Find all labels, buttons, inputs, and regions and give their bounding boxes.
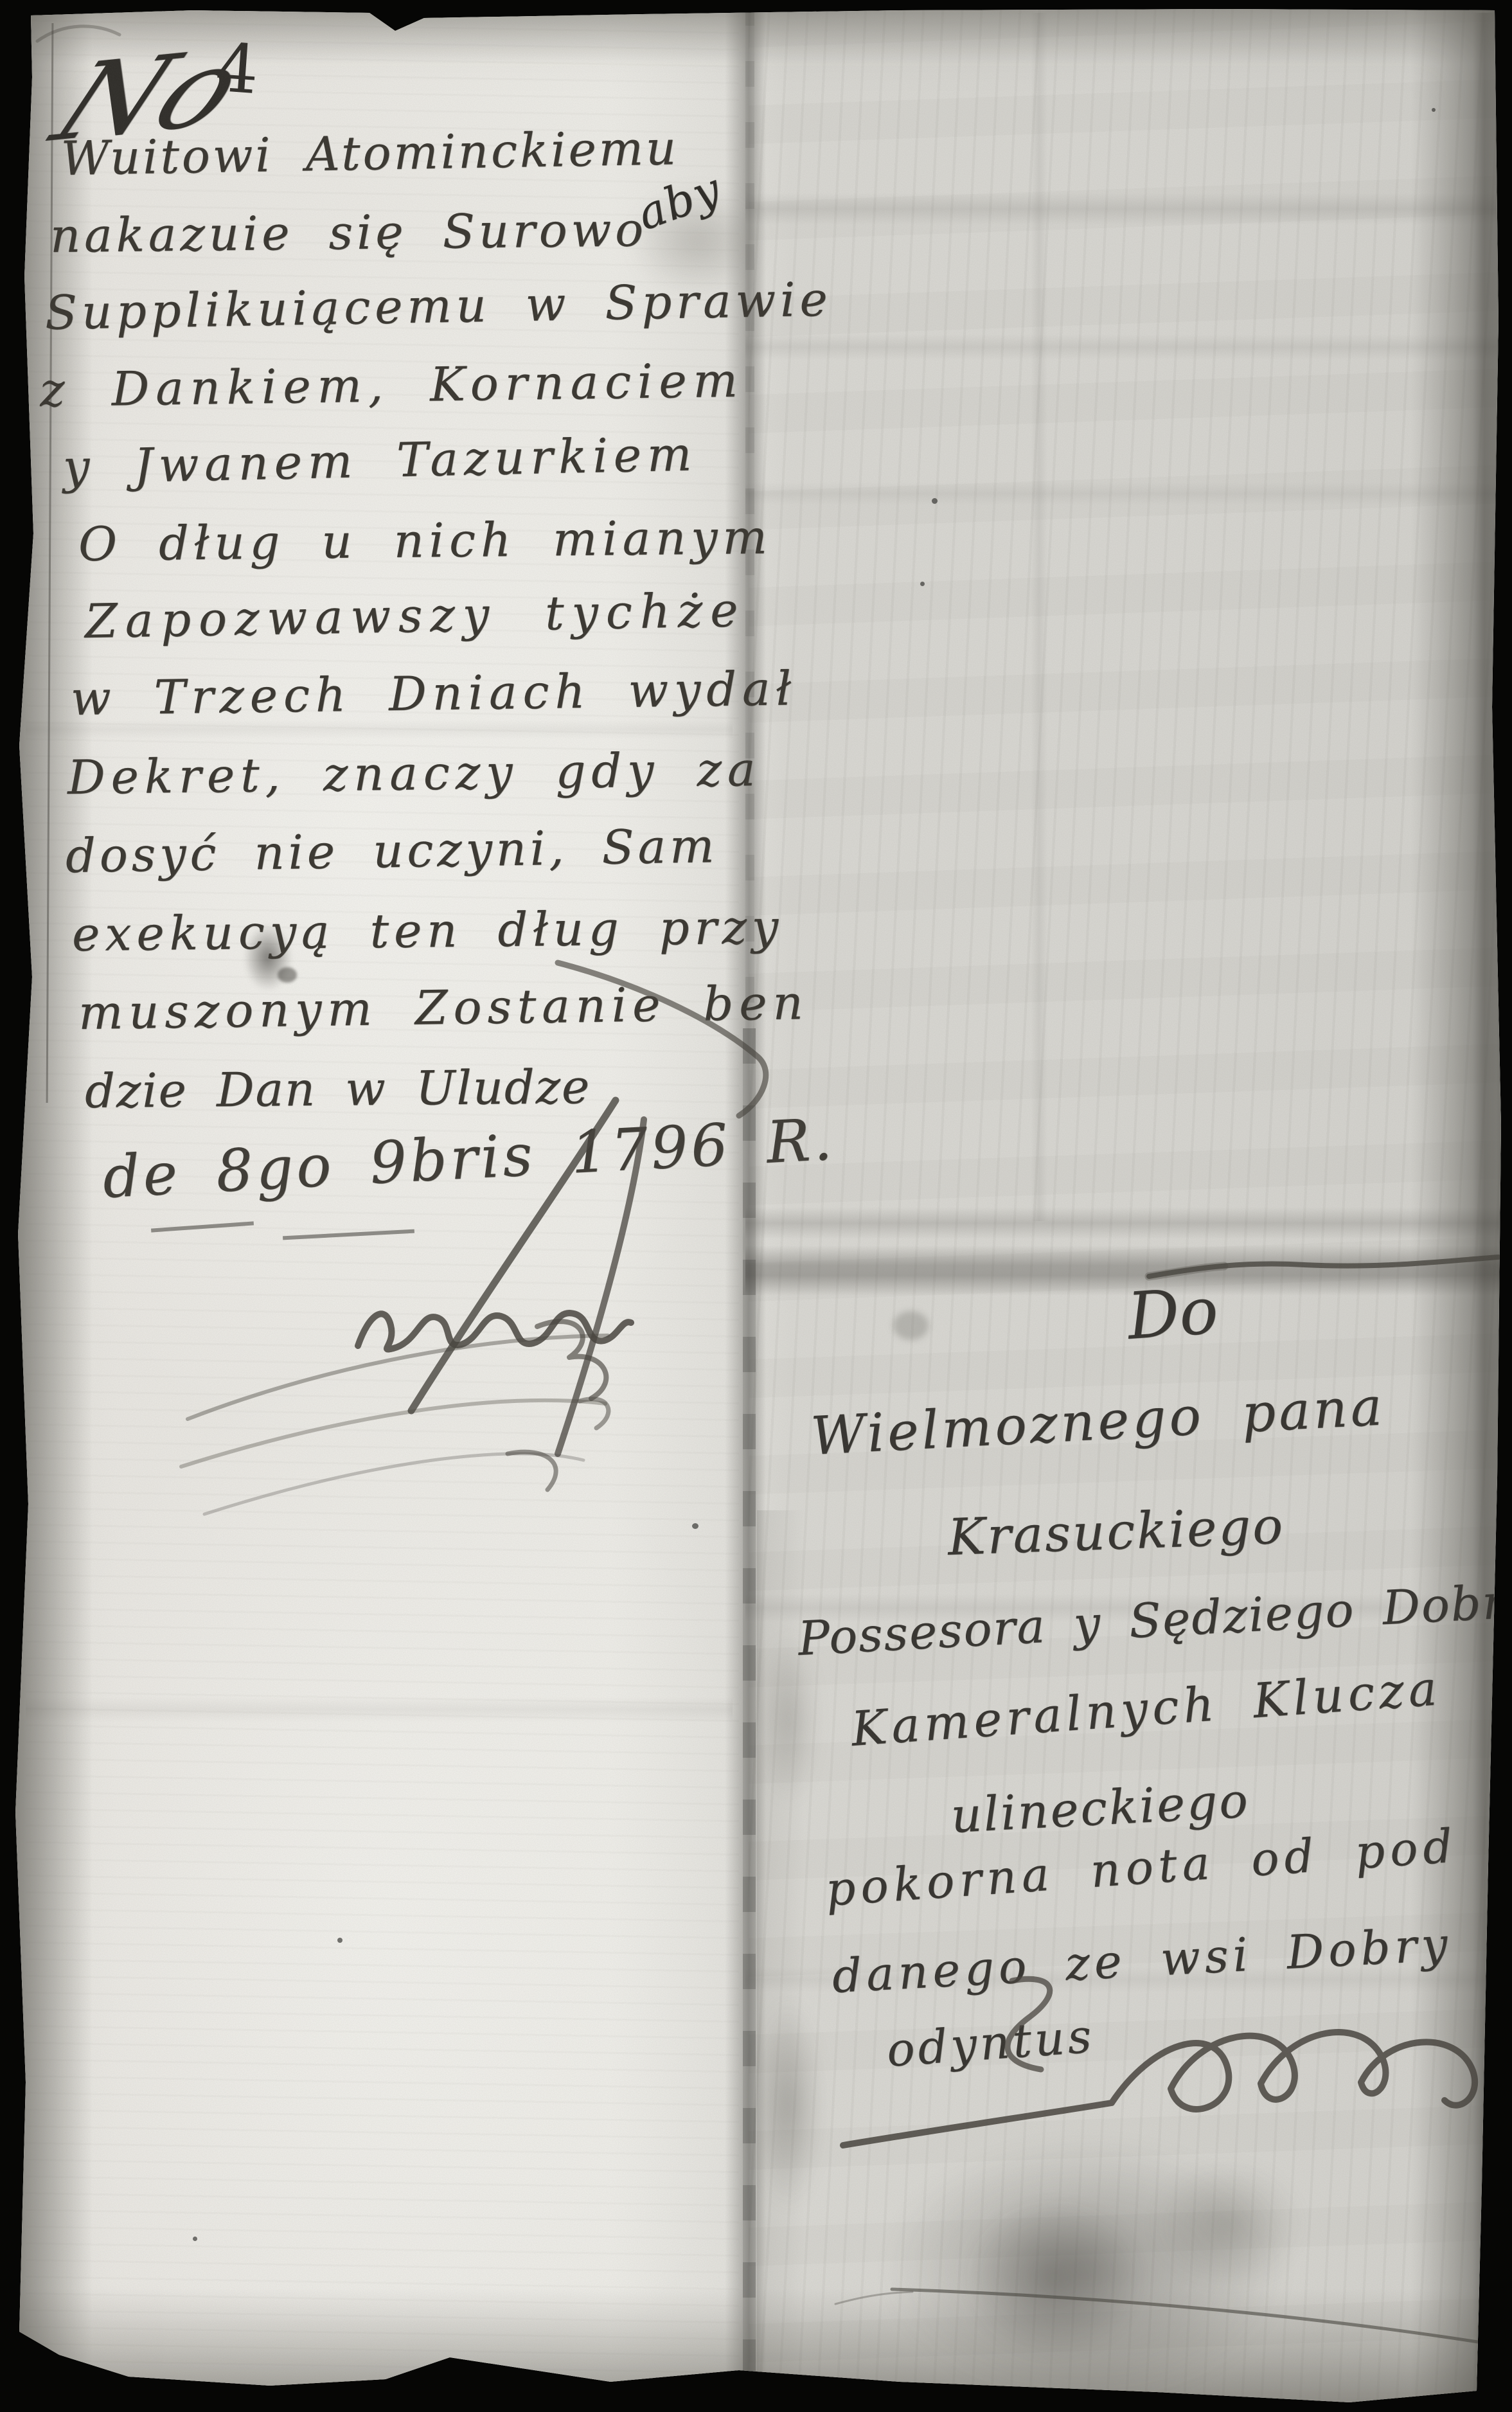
manuscript-line: nakazuie się Surowo <box>50 202 648 264</box>
gutter-shadow-bottom <box>743 1028 756 2412</box>
speck <box>932 498 938 504</box>
edge-shadow <box>0 2288 1512 2412</box>
manuscript-line: muszonym Zostanie ben <box>78 976 809 1041</box>
fold-crease-main <box>745 1246 1502 1296</box>
address-line: Krasuckiego <box>947 1497 1285 1567</box>
manuscript-line: Zapozwawszy tychże <box>84 583 746 649</box>
speck <box>692 1523 698 1529</box>
ink-stain <box>964 2198 1144 2359</box>
smudge <box>753 1999 824 2211</box>
signature-arc <box>188 1336 608 1419</box>
manuscript-line: O dług u nich mianym <box>78 510 772 572</box>
fold-crease <box>745 193 1502 225</box>
signature-curl <box>580 1399 609 1428</box>
ink-blot <box>278 967 297 983</box>
manuscript-line: Wuitowi Atominckiemu <box>60 121 679 186</box>
date-line: de 8go 9bris 1796 R. <box>101 1105 837 1211</box>
speck <box>1432 108 1436 112</box>
fold-crease <box>745 334 1502 360</box>
signature-flourish <box>358 1313 631 1349</box>
address-line: danego ze wsi Dobry <box>831 1917 1454 2003</box>
signature-curl <box>537 1321 606 1398</box>
signature-curl <box>508 1452 556 1490</box>
speck <box>920 582 925 586</box>
address-line: odyntus <box>885 2009 1096 2077</box>
smudge <box>893 1311 929 1340</box>
date-underline <box>151 1221 254 1232</box>
ink-stain <box>1150 2159 1304 2288</box>
manuscript-line: w Trzech Dniach wydał <box>70 661 797 726</box>
fold-crease-left-page <box>26 1697 733 1722</box>
document-scan: No 4 Wuitowi Atominckiemu nakazuie się S… <box>0 0 1512 2412</box>
manuscript-line: dzie Dan w Uludze <box>85 1060 591 1119</box>
ink-stain <box>887 2140 1285 2397</box>
page-number-value: 4 <box>213 28 262 109</box>
right-page-texture <box>749 9 1500 2400</box>
manuscript-line: dosyć nie uczyni, Sam <box>65 819 718 884</box>
address-line: ulineckiego <box>950 1773 1251 1844</box>
ruled-margin-line <box>46 23 54 1103</box>
vertical-crease <box>757 1510 805 2410</box>
signature-arc <box>181 1400 605 1467</box>
speck <box>193 2237 197 2241</box>
paper-sheet: No 4 Wuitowi Atominckiemu nakazuie się S… <box>0 0 1512 2412</box>
manuscript-line: z Dankiem, Kornaciem <box>39 353 744 418</box>
manuscript-line: Supplikuiącemu w Sprawie <box>44 272 832 341</box>
vertical-crease <box>1473 13 1496 2391</box>
manuscript-line: exekucyą ten dług przy <box>72 900 784 962</box>
address-line: Wielmoznego pana <box>810 1376 1387 1467</box>
manuscript-line: y Jwanem Tazurkiem <box>62 427 698 495</box>
fold-crease-upper <box>745 1207 1502 1239</box>
date-underline <box>283 1229 414 1240</box>
paraph-underline <box>892 2289 1502 2346</box>
paraph-underline-start <box>835 2292 912 2304</box>
address-line: Possesora y Sędziego Dobr <box>797 1575 1508 1666</box>
edge-shadow <box>1410 0 1504 2412</box>
fold-crease <box>745 482 1502 505</box>
address-line: Do <box>1125 1273 1220 1354</box>
signature-arc <box>204 1454 583 1514</box>
address-line: Kameralnych Klucza <box>849 1661 1443 1757</box>
speck <box>337 1938 342 1943</box>
edge-shadow <box>15 0 93 2412</box>
manuscript-line: Dekret, znaczy gdy za <box>67 742 761 805</box>
vertical-crease <box>1031 13 1047 1221</box>
